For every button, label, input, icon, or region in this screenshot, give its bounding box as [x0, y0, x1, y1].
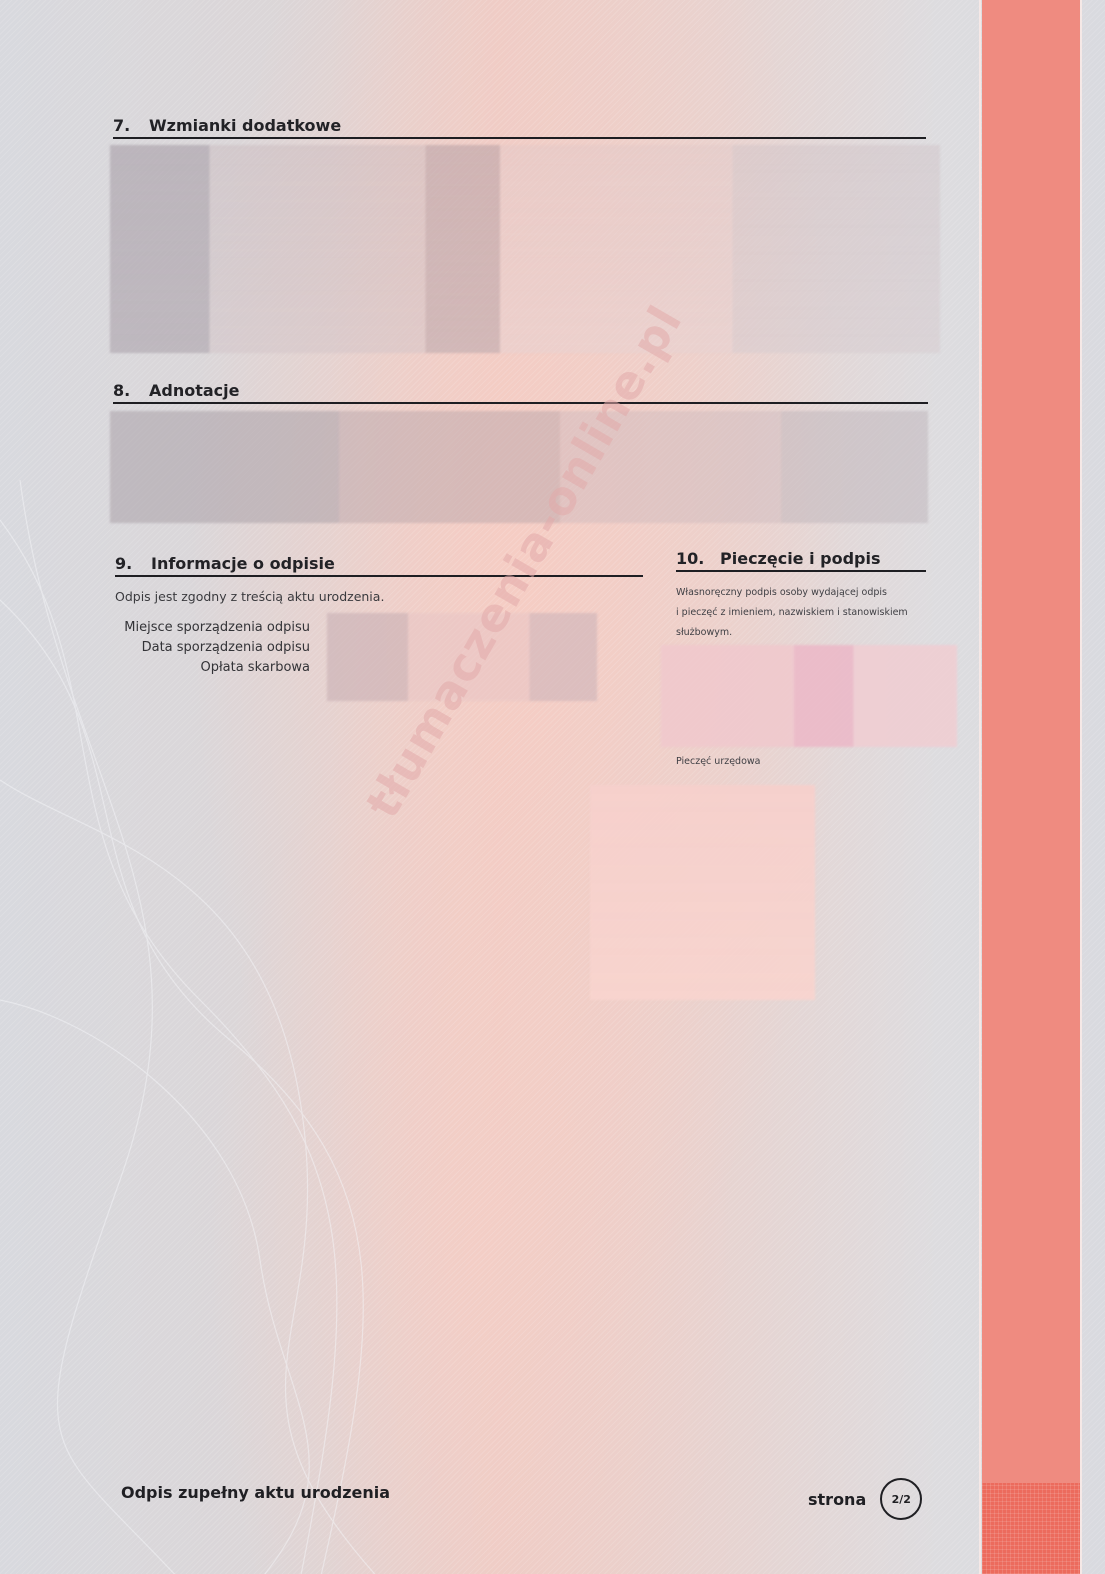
page-indicator: strona 2/2	[808, 1478, 922, 1520]
signature-description-line: służbowym.	[676, 623, 908, 643]
security-band	[982, 0, 1080, 1574]
section-9-heading: 9. Informacje o odpisie	[115, 554, 643, 577]
section-7-title: Wzmianki dodatkowe	[149, 116, 341, 135]
security-band-footer	[982, 1483, 1080, 1574]
page-label: strona	[808, 1490, 866, 1509]
field-label-fee: Opłata skarbowa	[110, 658, 310, 678]
signature-description: Własnoręczny podpis osoby wydającej odpi…	[676, 583, 908, 643]
official-stamp-redacted	[590, 785, 815, 1000]
field-label-place: Miejsce sporządzenia odpisu	[110, 618, 310, 638]
section-8-heading: 8. Adnotacje	[113, 381, 928, 404]
section-8-title: Adnotacje	[149, 381, 239, 400]
footer-document-title: Odpis zupełny aktu urodzenia	[121, 1483, 390, 1502]
section-7-number: 7.	[113, 116, 149, 135]
band-edge-right	[1080, 0, 1082, 1574]
page-number-badge: 2/2	[880, 1478, 922, 1520]
signature-redacted	[661, 645, 957, 747]
band-edge-left	[979, 0, 981, 1574]
official-stamp-label: Pieczęć urzędowa	[676, 752, 761, 772]
section-7-heading: 7. Wzmianki dodatkowe	[113, 116, 926, 139]
section-10-number: 10.	[676, 549, 720, 568]
copy-info-labels: Miejsce sporządzenia odpisu Data sporząd…	[110, 618, 310, 678]
section-7-redacted-content	[110, 145, 940, 353]
signature-description-line: Własnoręczny podpis osoby wydającej odpi…	[676, 583, 908, 603]
field-label-date: Data sporządzenia odpisu	[110, 638, 310, 658]
copy-conformity-statement: Odpis jest zgodny z treścią aktu urodzen…	[115, 589, 384, 604]
section-9-title: Informacje o odpisie	[151, 554, 335, 573]
section-10-heading: 10. Pieczęcie i podpis	[676, 549, 926, 572]
section-8-redacted-content	[110, 411, 928, 523]
section-9-number: 9.	[115, 554, 151, 573]
section-10-title: Pieczęcie i podpis	[720, 549, 881, 568]
signature-description-line: i pieczęć z imieniem, nazwiskiem i stano…	[676, 603, 908, 623]
section-8-number: 8.	[113, 381, 149, 400]
